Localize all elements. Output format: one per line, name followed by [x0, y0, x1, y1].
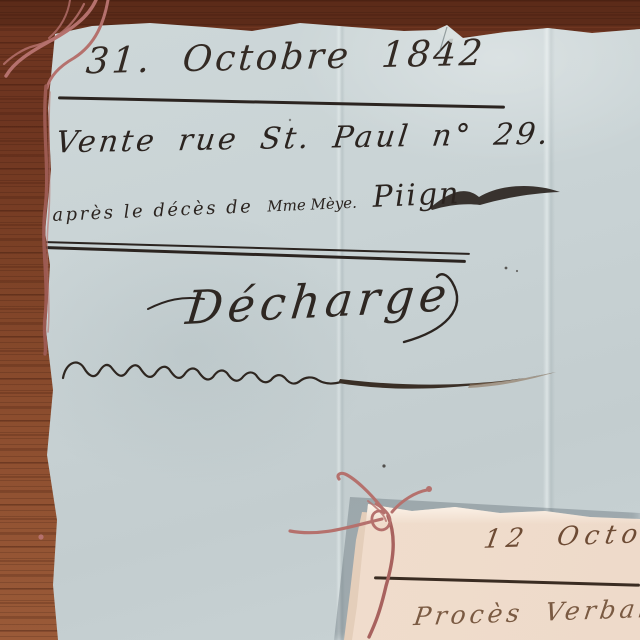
decease-name: Piign [372, 176, 461, 215]
overlay-date-text: 12 Octo [482, 521, 640, 553]
decease-title: Mme Mèye. [267, 194, 357, 216]
overlay-title-text: Procès Verbal [412, 596, 640, 629]
date-heading: 31. Octobre 1842 [85, 36, 487, 80]
sale-address-line: Vente rue St. Paul n° 29. [54, 120, 552, 159]
decharge-heading: Décharge [184, 271, 454, 331]
photo-scene: 31. Octobre 1842 Vente rue St. Paul n° 2… [0, 0, 640, 640]
